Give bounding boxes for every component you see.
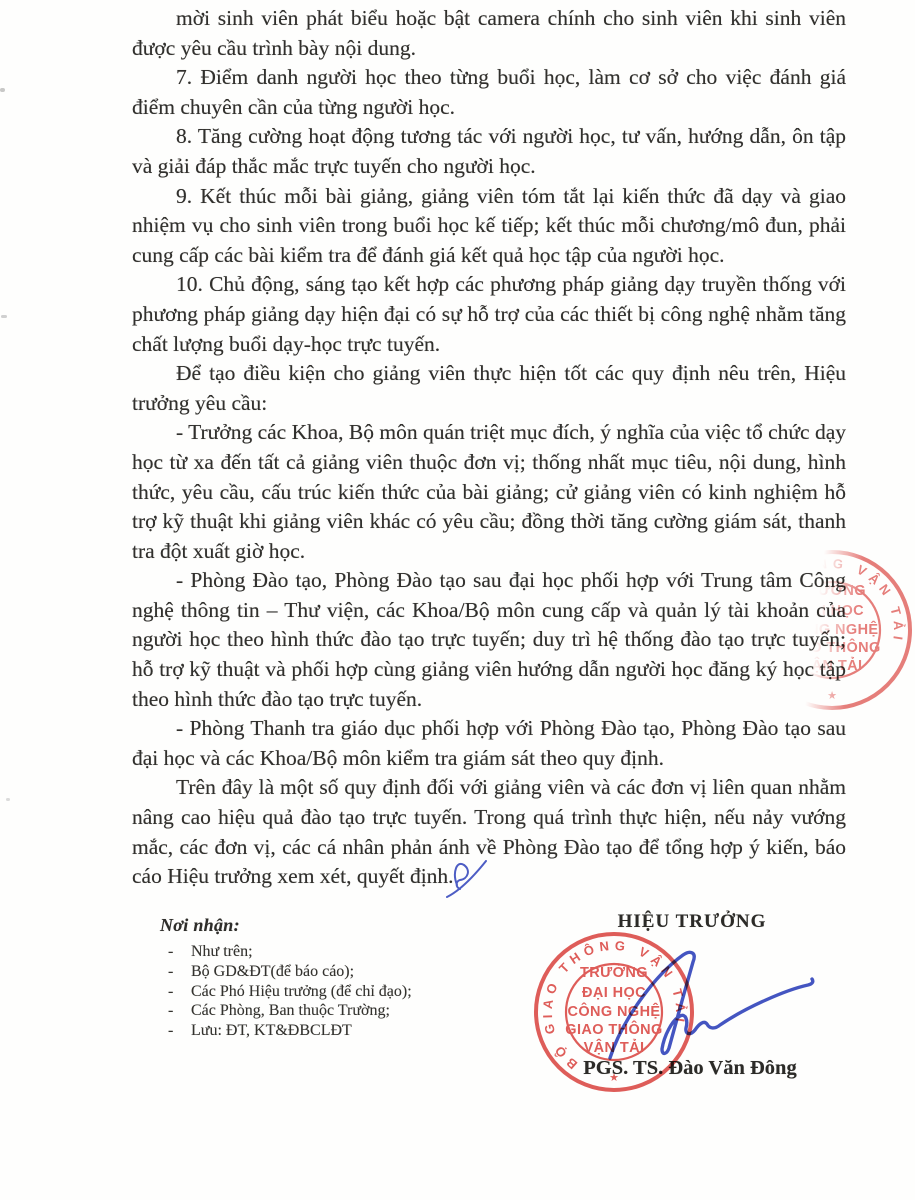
recipients-block: Nơi nhận: - Như trên; - Bộ GD&ĐT(để báo … [160, 915, 490, 1041]
scan-artifact [0, 88, 5, 92]
body-paragraph: 8. Tăng cường hoạt động tương tác với ng… [132, 122, 846, 181]
svg-text:ĐẠI HỌC: ĐẠI HỌC [800, 603, 864, 619]
recipient-item: - Lưu: ĐT, KT&ĐBCLĐT [160, 1021, 490, 1041]
svg-text:TRƯỜNG: TRƯỜNG [798, 581, 866, 599]
recipient-text: Các Phó Hiệu trưởng (để chỉ đạo); [191, 982, 412, 1002]
recipient-item: - Bộ GD&ĐT(để báo cáo); [160, 962, 490, 982]
recipient-text: Như trên; [191, 942, 253, 962]
recipient-bullet: - [168, 962, 178, 982]
recipient-bullet: - [168, 942, 178, 962]
recipient-text: Các Phòng, Ban thuộc Trường; [191, 1001, 390, 1021]
recipient-bullet: - [168, 1001, 178, 1021]
recipients-title: Nơi nhận: [160, 915, 490, 936]
body-paragraph: mời sinh viên phát biểu hoặc bật camera … [132, 4, 846, 63]
document-page: mời sinh viên phát biểu hoặc bật camera … [0, 0, 915, 1200]
recipient-item: - Các Phó Hiệu trưởng (để chỉ đạo); [160, 982, 490, 1002]
partial-stamp-impression: BỘ GIAO THÔNG VẬN TẢI ★ TRƯỜNG ĐẠI HỌC C… [732, 530, 915, 735]
body-paragraph: 10. Chủ động, sáng tạo kết hợp các phươn… [132, 270, 846, 359]
svg-text:VẬN TẢI: VẬN TẢI [802, 656, 863, 674]
paraph-mark [443, 852, 505, 904]
recipient-text: Bộ GD&ĐT(để báo cáo); [191, 962, 354, 982]
svg-text:★: ★ [609, 1072, 619, 1084]
recipient-text: Lưu: ĐT, KT&ĐBCLĐT [191, 1021, 352, 1041]
body-paragraph: Để tạo điều kiện cho giảng viên thực hiệ… [132, 359, 846, 418]
svg-text:CÔNG NGHỆ: CÔNG NGHỆ [785, 620, 878, 638]
body-paragraph: 7. Điểm danh người học theo từng buổi họ… [132, 63, 846, 122]
recipient-bullet: - [168, 982, 178, 1002]
recipient-item: - Như trên; [160, 942, 490, 962]
scan-artifact [1, 315, 7, 318]
recipient-item: - Các Phòng, Ban thuộc Trường; [160, 1001, 490, 1021]
body-text: mời sinh viên phát biểu hoặc bật camera … [132, 4, 846, 892]
handwritten-signature [595, 940, 825, 1070]
svg-text:★: ★ [827, 690, 837, 702]
recipient-bullet: - [168, 1021, 178, 1041]
svg-text:GIAO THÔNG: GIAO THÔNG [783, 638, 880, 656]
scan-artifact [6, 798, 10, 801]
round-stamp-icon: BỘ GIAO THÔNG VẬN TẢI ★ TRƯỜNG ĐẠI HỌC C… [732, 530, 915, 730]
body-paragraph: 9. Kết thúc mỗi bài giảng, giảng viên tó… [132, 182, 846, 271]
